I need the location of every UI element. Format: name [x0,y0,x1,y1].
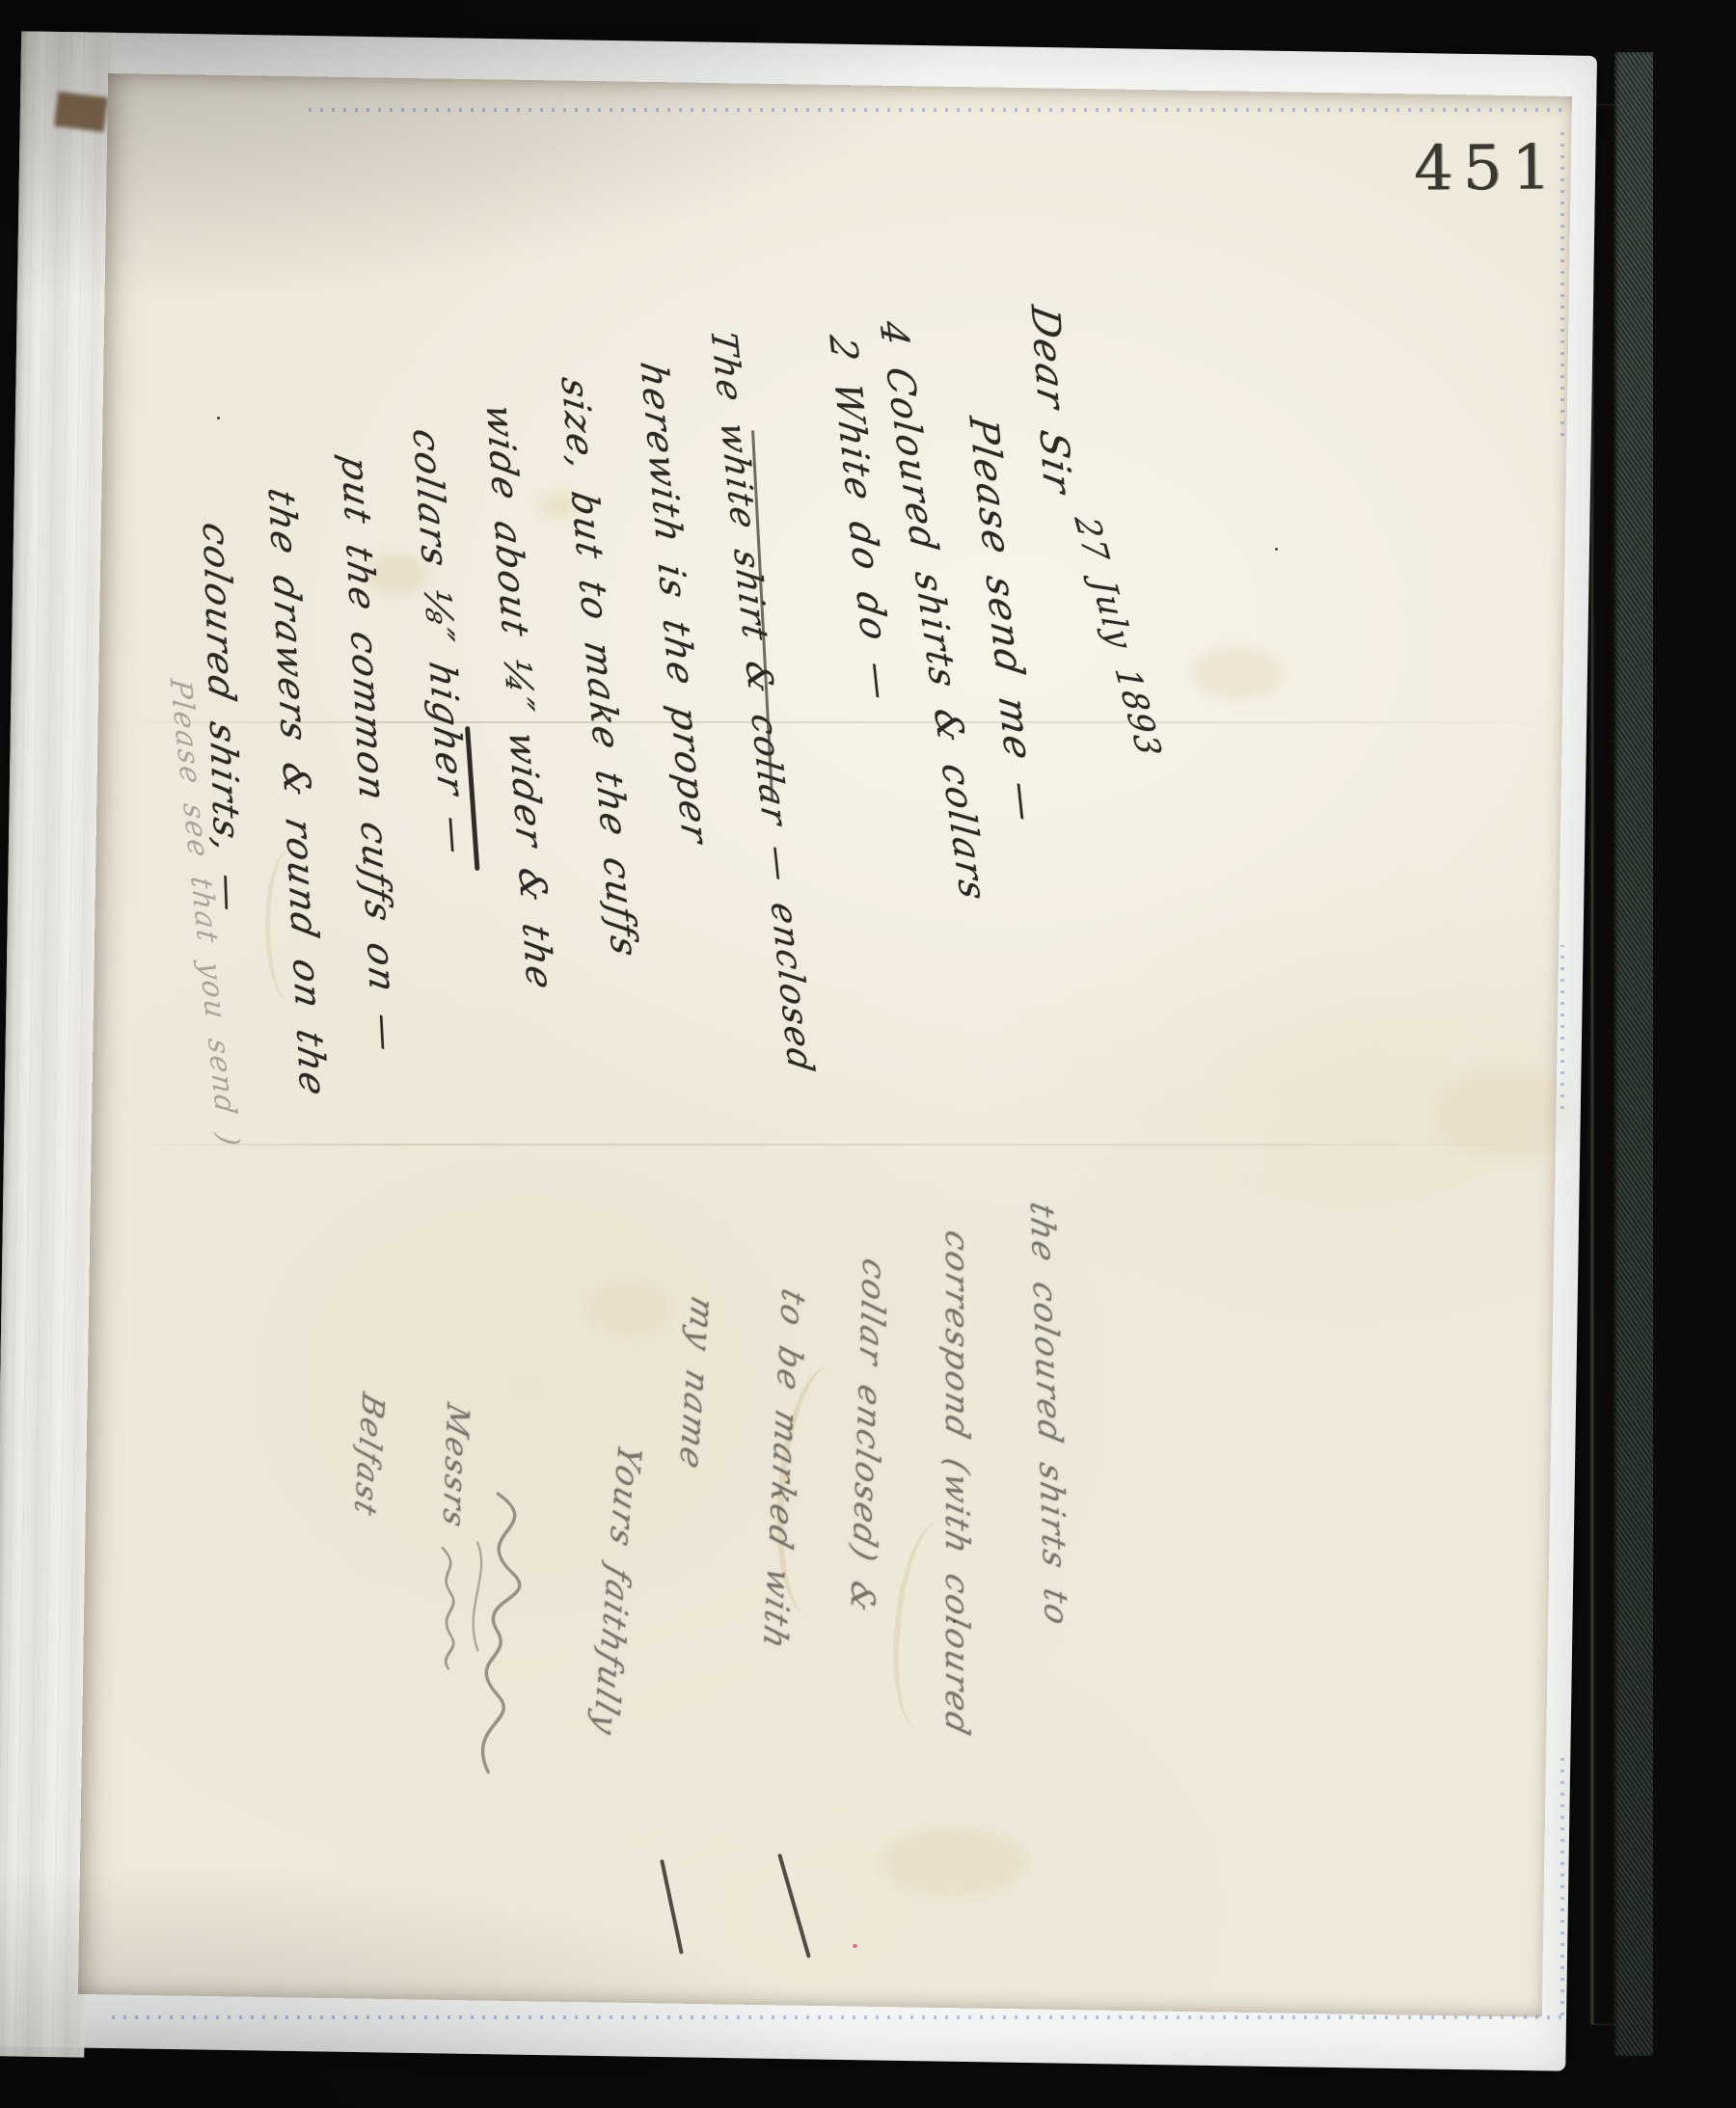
paper-crease [116,1144,1562,1146]
ink-speck [217,417,220,419]
paper-stain [1191,648,1283,698]
pink-speck [853,1944,857,1948]
blue-edge-speckles-right-1 [1560,127,1564,436]
gutter-brown-sliver [54,92,108,132]
blue-edge-speckles-top [309,108,1562,112]
paper-stain [882,1827,1027,1897]
paper-crease [125,721,1553,723]
letter-line: correspond (with coloured [937,1227,976,1741]
book-cover-cloth-edge [1614,52,1653,2056]
ink-speck [1275,548,1278,551]
page-number-stamp: 451 [1414,132,1561,204]
illegible-name-scrawl [429,1542,468,1677]
blue-edge-speckles-right-2 [1560,945,1564,1109]
blue-edge-speckles-bottom [112,2015,1568,2019]
blue-edge-speckles-right-3 [1560,1755,1564,2015]
browned-page-edges [1591,104,1616,2025]
paper-stain [1437,1070,1572,1159]
addressee-prefix-label: Messrs [436,1399,476,1533]
letterbook-scan: 451 27 July 1893 Dear Sir Please send me… [0,0,1736,2108]
paper-stain [588,1283,671,1335]
